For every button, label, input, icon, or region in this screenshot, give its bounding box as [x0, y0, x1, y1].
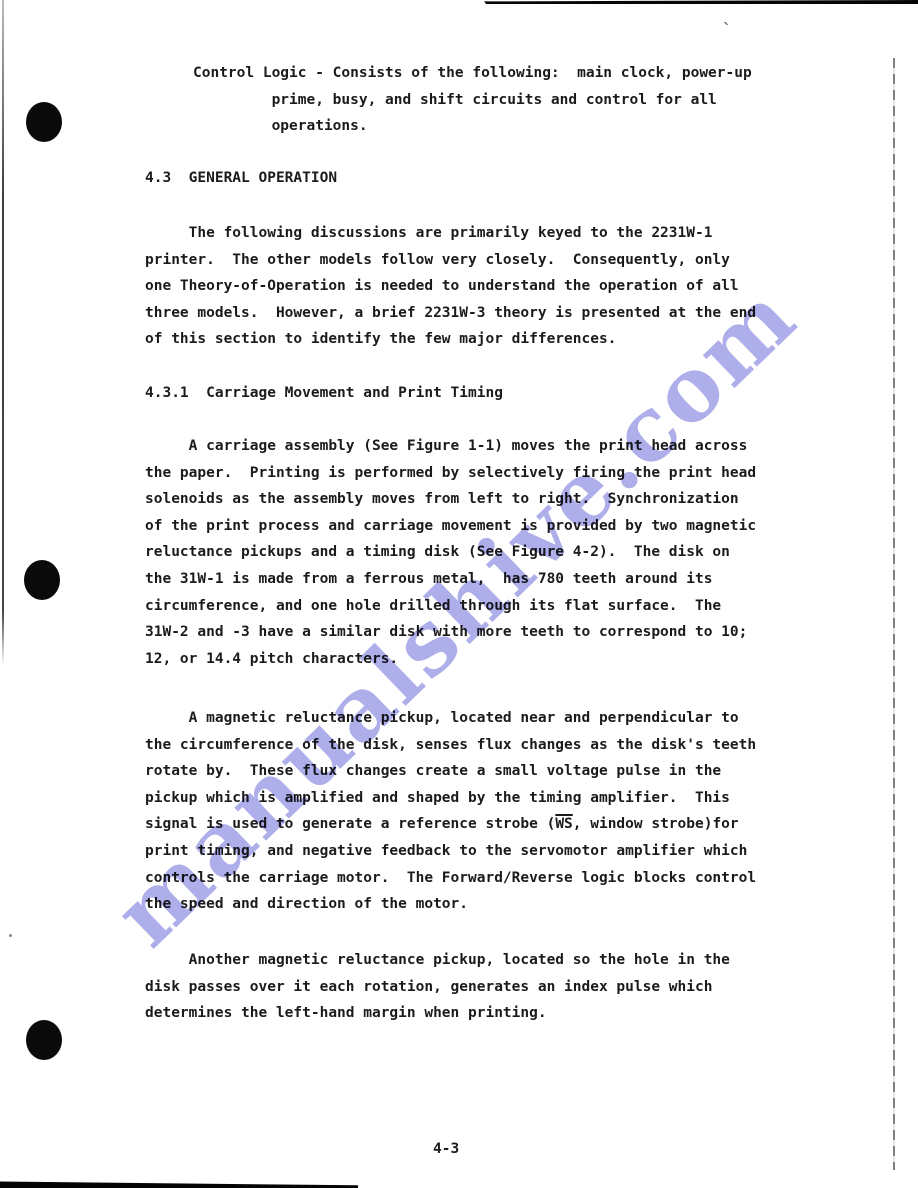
scan-artifact-left-edge-line [2, 0, 4, 665]
paragraph-magnetic-pickup-part1: A magnetic reluctance pickup, located ne… [145, 705, 756, 811]
hole-punch-dot-middle [24, 560, 60, 600]
paragraph-magnetic-pickup-part2: print timing, and negative feedback to t… [145, 838, 756, 918]
scan-artifact-top-bar [484, 0, 918, 4]
window-strobe-line: signal is used to generate a reference s… [145, 811, 739, 838]
document-page: ` Control Logic - Consists of the follow… [0, 0, 918, 1188]
paragraph-general-operation: The following discussions are primarily … [145, 220, 756, 353]
scan-artifact-bottom-bar [0, 1181, 358, 1188]
paragraph-index-pulse: Another magnetic reluctance pickup, loca… [145, 947, 730, 1027]
scan-speck [9, 934, 12, 937]
ws-overlined-abbreviation: WS [555, 816, 572, 832]
stray-ink-mark: ` [722, 20, 732, 39]
section-heading-carriage-movement: 4.3.1 Carriage Movement and Print Timing [145, 380, 503, 407]
paragraph-carriage-assembly: A carriage assembly (See Figure 1-1) mov… [145, 433, 756, 672]
window-strobe-line-suffix: , window strobe)for [573, 816, 739, 832]
window-strobe-line-prefix: signal is used to generate a reference s… [145, 816, 555, 832]
hole-punch-dot-bottom [26, 1020, 62, 1060]
control-logic-definition-block: Control Logic - Consists of the followin… [193, 60, 752, 140]
page-number: 4-3 [433, 1136, 459, 1163]
hole-punch-dot-top [26, 102, 62, 142]
scan-artifact-right-edge-line [893, 58, 895, 1170]
section-heading-general-operation: 4.3 GENERAL OPERATION [145, 165, 337, 192]
